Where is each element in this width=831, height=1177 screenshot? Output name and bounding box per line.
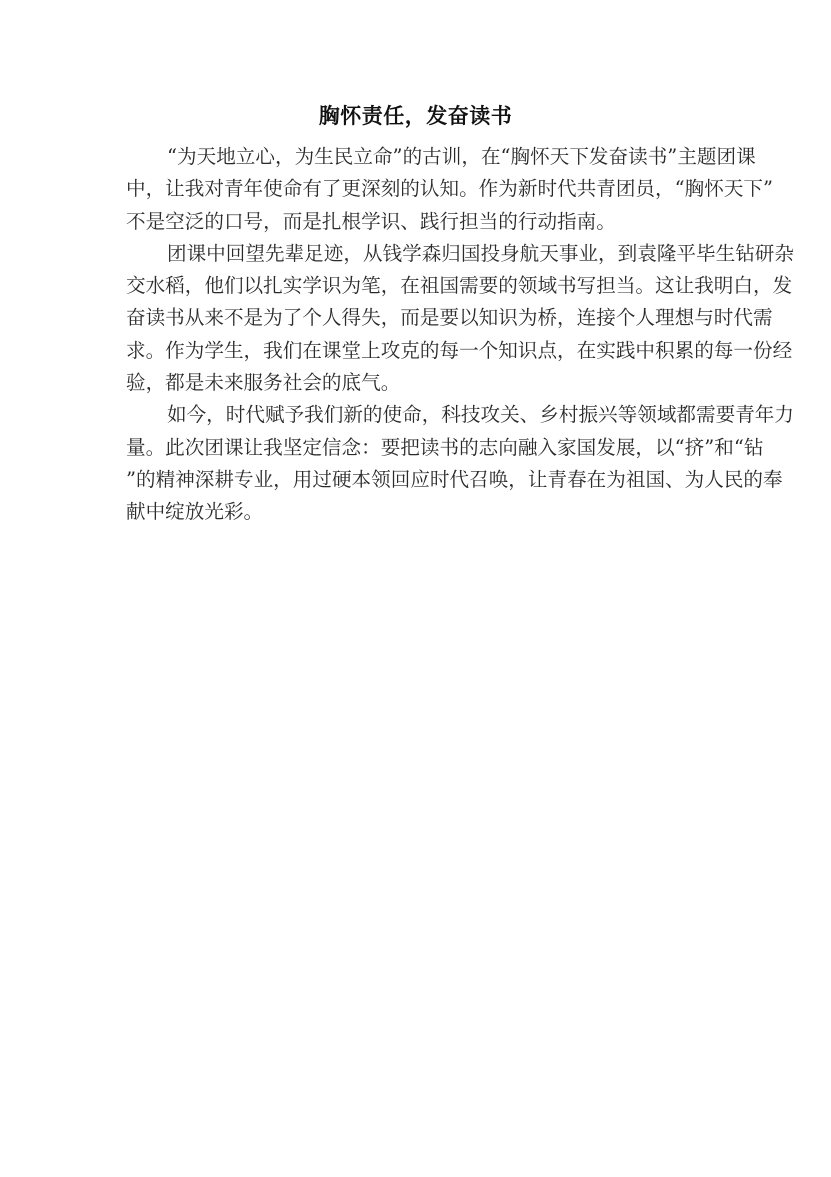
document-body: “为天地立心，为生民立命”的古训，在“胸怀天下发奋读书”主题团课 中，让我对青年…	[126, 141, 716, 529]
document-page: 胸怀责任，发奋读书 “为天地立心，为生民立命”的古训，在“胸怀天下发奋读书”主题…	[0, 0, 831, 1177]
document-title: 胸怀责任，发奋读书	[0, 100, 831, 132]
paragraph-3: 如今，时代赋予我们新的使命，科技攻关、乡村振兴等领域都需要青年力 量。此次团课让…	[126, 399, 716, 528]
text-line: 不是空泛的口号，而是扎根学识、践行担当的行动指南。	[126, 206, 716, 238]
text-line: 献中绽放光彩。	[126, 496, 716, 528]
text-line: 验，都是未来服务社会的底气。	[126, 367, 716, 399]
text-line: 量。此次团课让我坚定信念：要把读书的志向融入家国发展，以“挤”和“钻	[126, 432, 716, 464]
text-line: 求。作为学生，我们在课堂上攻克的每一个知识点，在实践中积累的每一份经	[126, 335, 716, 367]
text-line: ”的精神深耕专业，用过硬本领回应时代召唤，让青春在为祖国、为人民的奉	[126, 464, 716, 496]
text-line: 团课中回望先辈足迹，从钱学森归国投身航天事业，到袁隆平毕生钻研杂	[126, 238, 716, 270]
text-line: 中，让我对青年使命有了更深刻的认知。作为新时代共青团员，“胸怀天下”	[126, 173, 716, 205]
text-line: 如今，时代赋予我们新的使命，科技攻关、乡村振兴等领域都需要青年力	[126, 399, 716, 431]
text-line: 奋读书从来不是为了个人得失，而是要以知识为桥，连接个人理想与时代需	[126, 302, 716, 334]
text-line: “为天地立心，为生民立命”的古训，在“胸怀天下发奋读书”主题团课	[126, 141, 716, 173]
paragraph-2: 团课中回望先辈足迹，从钱学森归国投身航天事业，到袁隆平毕生钻研杂 交水稻，他们以…	[126, 238, 716, 399]
paragraph-1: “为天地立心，为生民立命”的古训，在“胸怀天下发奋读书”主题团课 中，让我对青年…	[126, 141, 716, 238]
text-line: 交水稻，他们以扎实学识为笔，在祖国需要的领域书写担当。这让我明白，发	[126, 270, 716, 302]
